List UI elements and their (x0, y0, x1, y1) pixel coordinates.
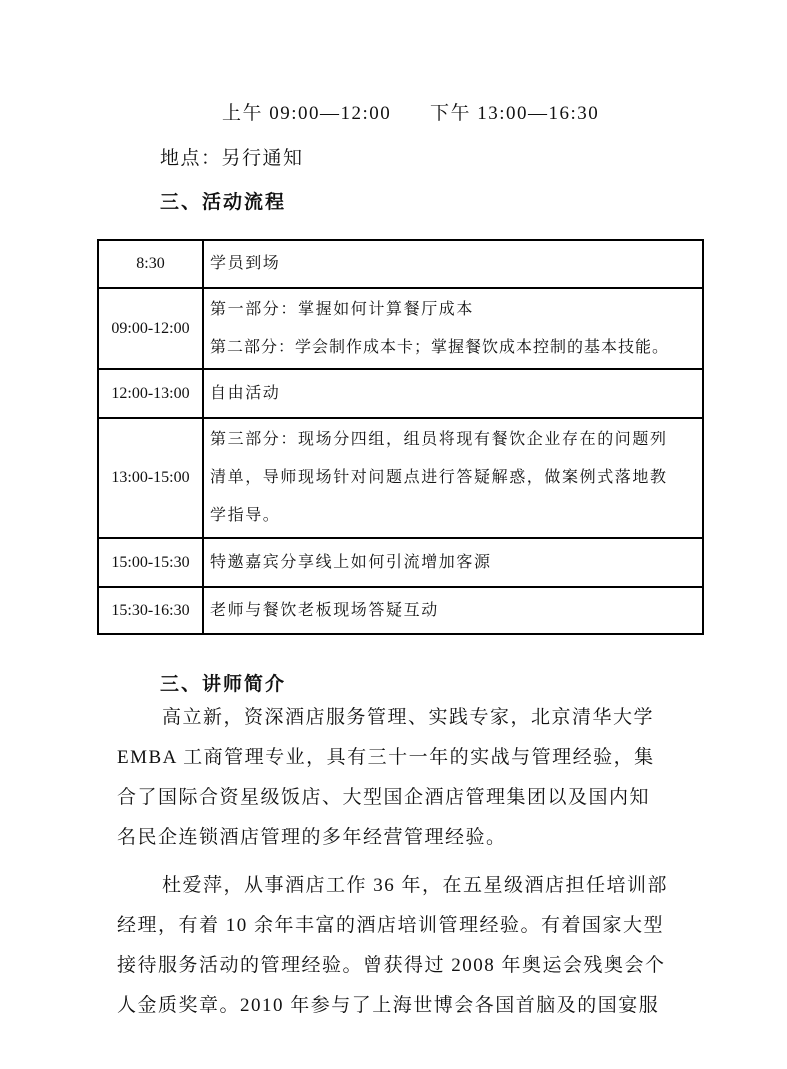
bio-line: 接待服务活动的管理经验。曾获得过 2008 年奥运会残奥会个 (117, 946, 687, 986)
table-row: 12:00-13:00 自由活动 (98, 369, 703, 418)
desc-line: 学指导。 (210, 497, 702, 535)
desc-line: 第一部分：掌握如何计算餐厅成本 (210, 291, 702, 329)
desc-cell: 第一部分：掌握如何计算餐厅成本 第二部分：学会制作成本卡；掌握餐饮成本控制的基本… (203, 288, 703, 369)
morning-hours: 上午 09:00—12:00 (222, 98, 391, 125)
location-text: 地点：另行通知 (160, 143, 304, 170)
section-heading-lecturers: 三、讲师简介 (160, 669, 286, 696)
lecturer-bio-du: 杜爱萍，从事酒店工作 36 年，在五星级酒店担任培训部 经理，有着 10 余年丰… (117, 866, 687, 1026)
desc-cell: 第三部分：现场分四组，组员将现有餐饮企业存在的问题列 清单，导师现场针对问题点进… (203, 418, 703, 538)
desc-cell: 学员到场 (203, 240, 703, 288)
desc-cell: 老师与餐饮老板现场答疑互动 (203, 587, 703, 634)
table-row: 8:30 学员到场 (98, 240, 703, 288)
bio-line: 经理，有着 10 余年丰富的酒店培训管理经验。有着国家大型 (117, 906, 687, 946)
desc-cell: 自由活动 (203, 369, 703, 418)
desc-line: 老师与餐饮老板现场答疑互动 (210, 592, 702, 630)
bio-line: 高立新，资深酒店服务管理、实践专家，北京清华大学 (117, 698, 687, 738)
table-row: 15:30-16:30 老师与餐饮老板现场答疑互动 (98, 587, 703, 634)
time-cell: 15:30-16:30 (98, 587, 203, 634)
lecturer-bio-gao: 高立新，资深酒店服务管理、实践专家，北京清华大学 EMBA 工商管理专业，具有三… (117, 698, 687, 858)
table-row: 09:00-12:00 第一部分：掌握如何计算餐厅成本 第二部分：学会制作成本卡… (98, 288, 703, 369)
time-cell: 13:00-15:00 (98, 418, 203, 538)
desc-line: 第三部分：现场分四组，组员将现有餐饮企业存在的问题列 (210, 421, 702, 459)
desc-line: 特邀嘉宾分享线上如何引流增加客源 (210, 544, 702, 582)
table-row: 15:00-15:30 特邀嘉宾分享线上如何引流增加客源 (98, 538, 703, 587)
bio-line: 杜爱萍，从事酒店工作 36 年，在五星级酒店担任培训部 (117, 866, 687, 906)
table-row: 13:00-15:00 第三部分：现场分四组，组员将现有餐饮企业存在的问题列 清… (98, 418, 703, 538)
desc-line: 学员到场 (210, 245, 702, 283)
time-cell: 15:00-15:30 (98, 538, 203, 587)
section-heading-flow: 三、活动流程 (160, 187, 286, 214)
desc-line: 自由活动 (210, 375, 702, 413)
time-cell: 8:30 (98, 240, 203, 288)
bio-line: 合了国际合资星级饭店、大型国企酒店管理集团以及国内知 (117, 778, 687, 818)
activity-flow-table: 8:30 学员到场 09:00-12:00 第一部分：掌握如何计算餐厅成本 第二… (97, 239, 704, 635)
desc-cell: 特邀嘉宾分享线上如何引流增加客源 (203, 538, 703, 587)
time-cell: 12:00-13:00 (98, 369, 203, 418)
desc-line: 第二部分：学会制作成本卡；掌握餐饮成本控制的基本技能。 (210, 329, 702, 367)
afternoon-hours: 下午 13:00—16:30 (430, 98, 599, 125)
bio-line: EMBA 工商管理专业，具有三十一年的实战与管理经验，集 (117, 738, 687, 778)
desc-line: 清单，导师现场针对问题点进行答疑解惑，做案例式落地教 (210, 459, 702, 497)
time-cell: 09:00-12:00 (98, 288, 203, 369)
bio-line: 名民企连锁酒店管理的多年经营管理经验。 (117, 818, 687, 858)
bio-line: 人金质奖章。2010 年参与了上海世博会各国首脑及的国宴服 (117, 986, 687, 1026)
